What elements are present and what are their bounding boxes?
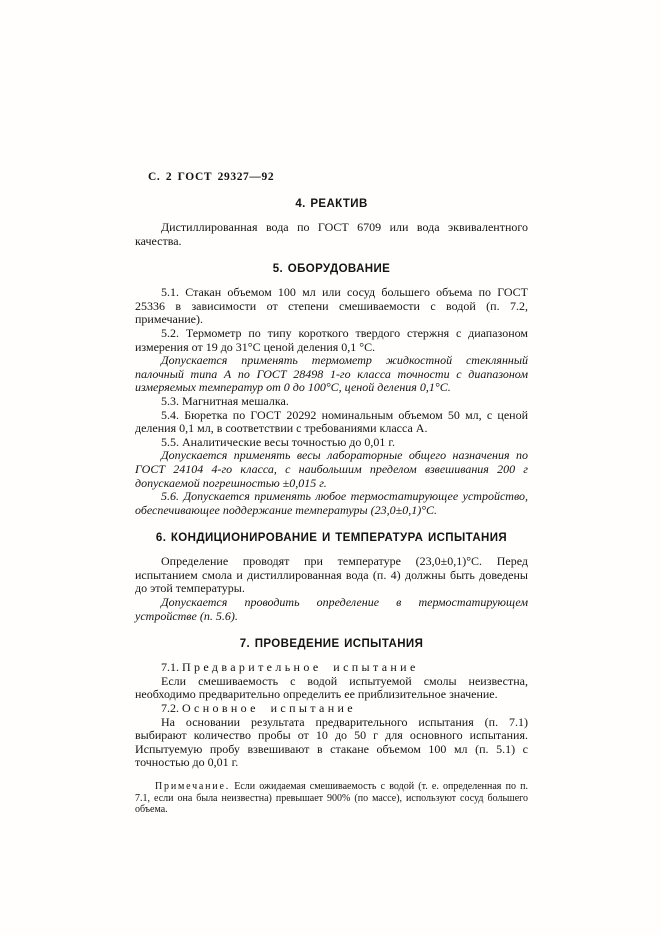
section-procedure: 7. ПРОВЕДЕНИЕ ИСПЫТАНИЯ 7.1. Предварител… [135,638,528,816]
text-block: С. 2 ГОСТ 29327—92 4. РЕАКТИВ Дистиллиро… [135,171,528,816]
note-label: Примечание. [155,781,230,792]
note: Примечание. Если ожидаемая смешиваемость… [135,781,528,816]
subsection-number: 7.1. [161,660,179,674]
paragraph: Дистиллированная вода по ГОСТ 6709 или в… [135,221,528,248]
paragraph-permitted-alternative: Допускается применять термометр жидкостн… [135,354,528,395]
subsection-number: 7.2. [161,701,179,715]
subsection-label: Предварительное испытание [182,660,419,674]
paragraph: На основании результата предварительного… [135,716,528,770]
paragraph: 5.5. Аналитические весы точностью до 0,0… [135,436,528,450]
subsection-heading-preliminary-test: 7.1. Предварительное испытание [135,661,528,675]
scanned-document-page: С. 2 ГОСТ 29327—92 4. РЕАКТИВ Дистиллиро… [0,0,661,935]
section-heading: 6. КОНДИЦИОНИРОВАНИЕ И ТЕМПЕРАТУРА ИСПЫТ… [135,532,528,544]
paragraph: Определение проводят при температуре (23… [135,555,528,596]
paragraph-permitted-alternative: Допускается проводить определение в терм… [135,596,528,623]
paragraph: 5.3. Магнитная мешалка. [135,395,528,409]
section-heading: 7. ПРОВЕДЕНИЕ ИСПЫТАНИЯ [135,638,528,650]
section-heading: 4. РЕАКТИВ [135,198,528,210]
section-heading: 5. ОБОРУДОВАНИЕ [135,263,528,275]
paragraph-permitted-alternative: 5.6. Допускается применять любое термост… [135,490,528,517]
subsection-heading-main-test: 7.2. Основное испытание [135,702,528,716]
page-header: С. 2 ГОСТ 29327—92 [148,171,528,183]
paragraph: 5.2. Термометр по типу короткого твердог… [135,327,528,354]
paragraph: 5.1. Стакан объемом 100 мл или сосуд бол… [135,286,528,327]
section-equipment: 5. ОБОРУДОВАНИЕ 5.1. Стакан объемом 100 … [135,263,528,517]
subsection-label: Основное испытание [182,701,356,715]
section-conditioning: 6. КОНДИЦИОНИРОВАНИЕ И ТЕМПЕРАТУРА ИСПЫТ… [135,532,528,623]
paragraph-permitted-alternative: Допускается применять весы лабораторные … [135,449,528,490]
section-reagent: 4. РЕАКТИВ Дистиллированная вода по ГОСТ… [135,198,528,248]
paragraph: 5.4. Бюретка по ГОСТ 20292 номинальным о… [135,409,528,436]
paragraph: Если смешиваемость с водой испытуемой см… [135,675,528,702]
